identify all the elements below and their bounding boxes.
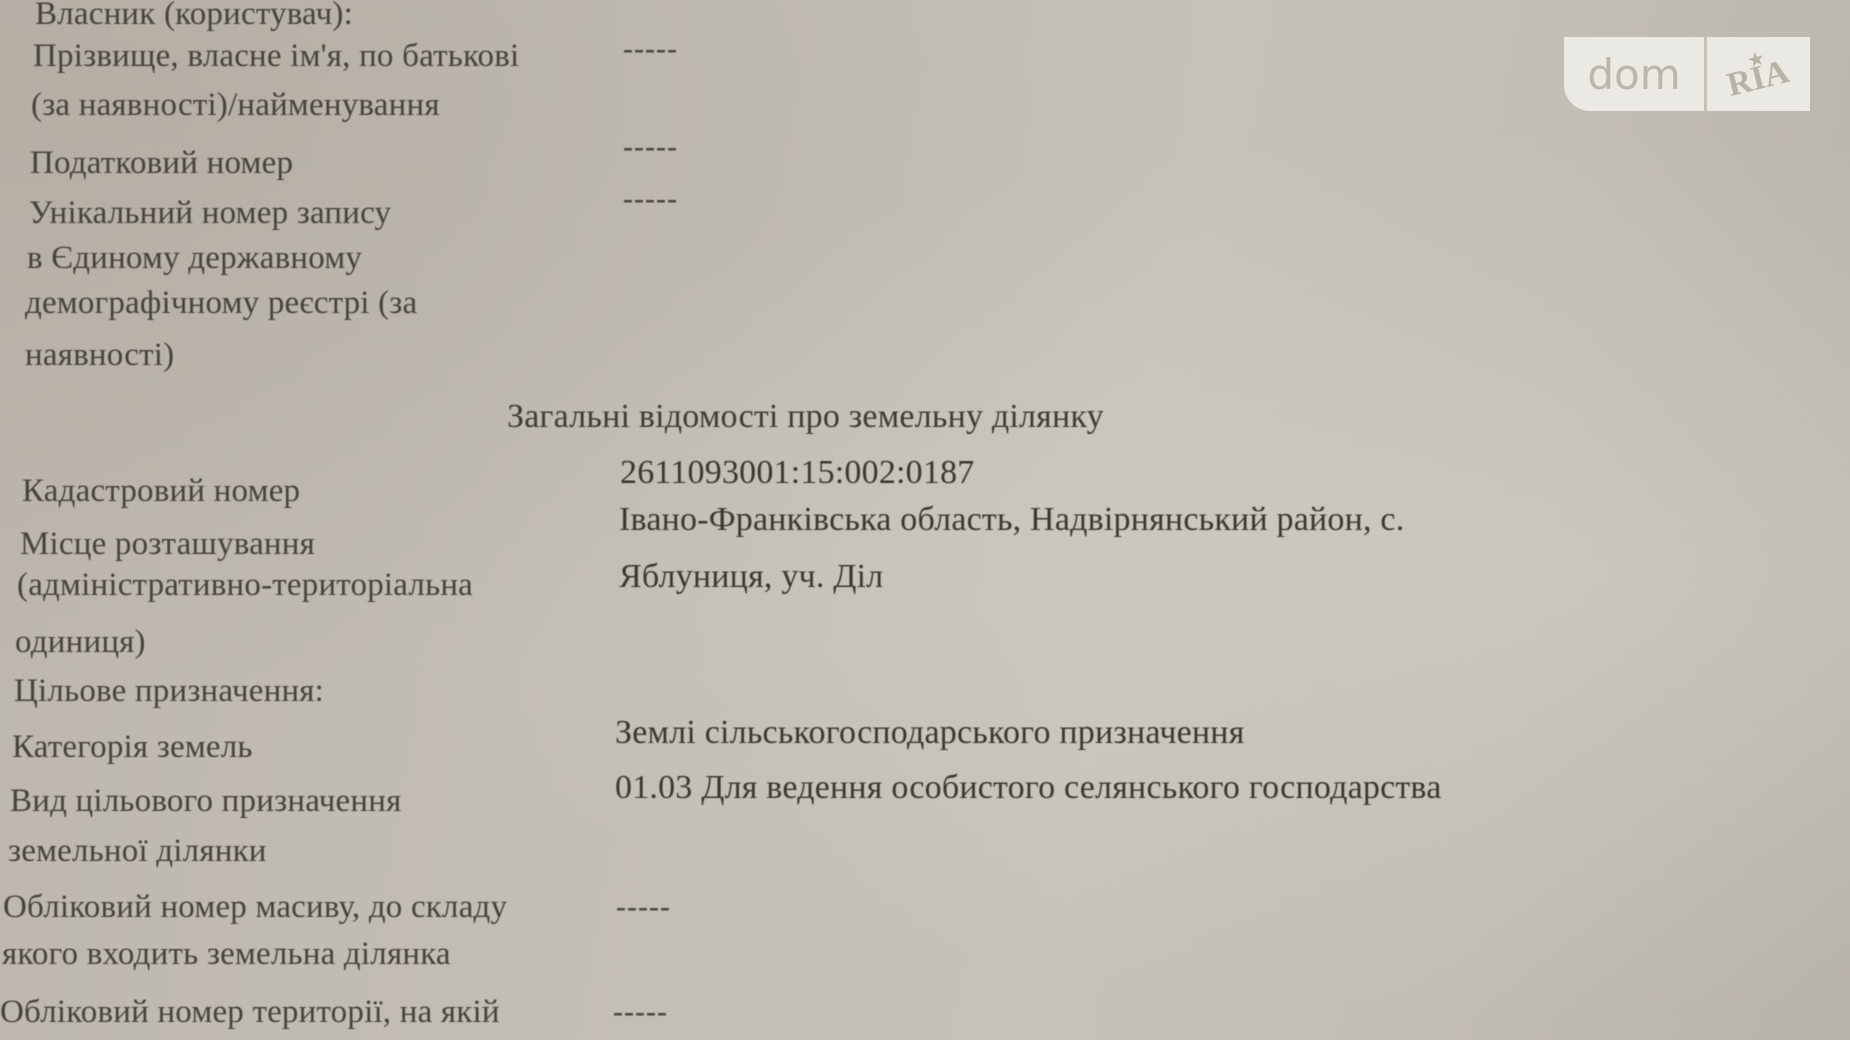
unique-record-value: ----- [623, 184, 678, 214]
unique-record-label-line3: демографічному реєстрі (за [25, 287, 417, 320]
location-label-line1: Місце розташування [20, 528, 315, 561]
purpose-label: Цільове призначення: [14, 675, 324, 708]
array-number-value: ----- [616, 892, 671, 922]
logo-ria: ★ RIA [1707, 37, 1810, 111]
owner-name-value: ----- [623, 34, 678, 64]
land-category-value: Землі сільськогосподарського призначення [615, 716, 1245, 750]
unique-record-label-line2: в Єдиному державному [27, 242, 362, 275]
purpose-type-label-line1: Вид цільового призначення [10, 785, 401, 818]
location-label-line2: (адміністративно-територіальна [17, 569, 473, 602]
owner-section-title: Власник (користувач): [35, 0, 353, 31]
territory-number-value: ----- [613, 997, 668, 1027]
cadastral-number-label: Кадастровий номер [22, 475, 300, 508]
dom-ria-watermark-logo: dom ★ RIA [1564, 37, 1810, 111]
land-category-label: Категорія земель [12, 731, 253, 764]
logo-ria-text: RIA [1724, 53, 1794, 105]
array-number-label-line2: якого входить земельна ділянка [2, 938, 451, 971]
purpose-type-label-line2: земельної ділянки [8, 835, 267, 868]
territory-number-label: Обліковий номер території, на якій [0, 996, 500, 1029]
tax-number-label: Податковий номер [30, 147, 293, 180]
logo-dom-text: dom [1564, 37, 1704, 111]
purpose-type-value: 01.03 Для ведення особистого селянського… [615, 771, 1442, 805]
array-number-label-line1: Обліковий номер масиву, до складу [3, 891, 507, 924]
tax-number-value: ----- [623, 132, 678, 162]
unique-record-label-line1: Унікальний номер запису [29, 197, 391, 230]
cadastral-number-value: 2611093001:15:002:0187 [620, 456, 974, 490]
unique-record-label-line4: наявності) [25, 339, 174, 372]
location-label-line3: одиниця) [15, 626, 146, 659]
land-section-heading: Загальні відомості про земельну ділянку [507, 400, 1104, 434]
location-value-line1: Івано-Франківська область, Надвірнянськи… [619, 503, 1404, 537]
owner-name-label-line2: (за наявності)/найменування [31, 89, 440, 122]
location-value-line2: Яблуниця, уч. Діл [619, 560, 883, 594]
owner-name-label-line1: Прізвище, власне ім'я, по батькові [33, 40, 519, 73]
